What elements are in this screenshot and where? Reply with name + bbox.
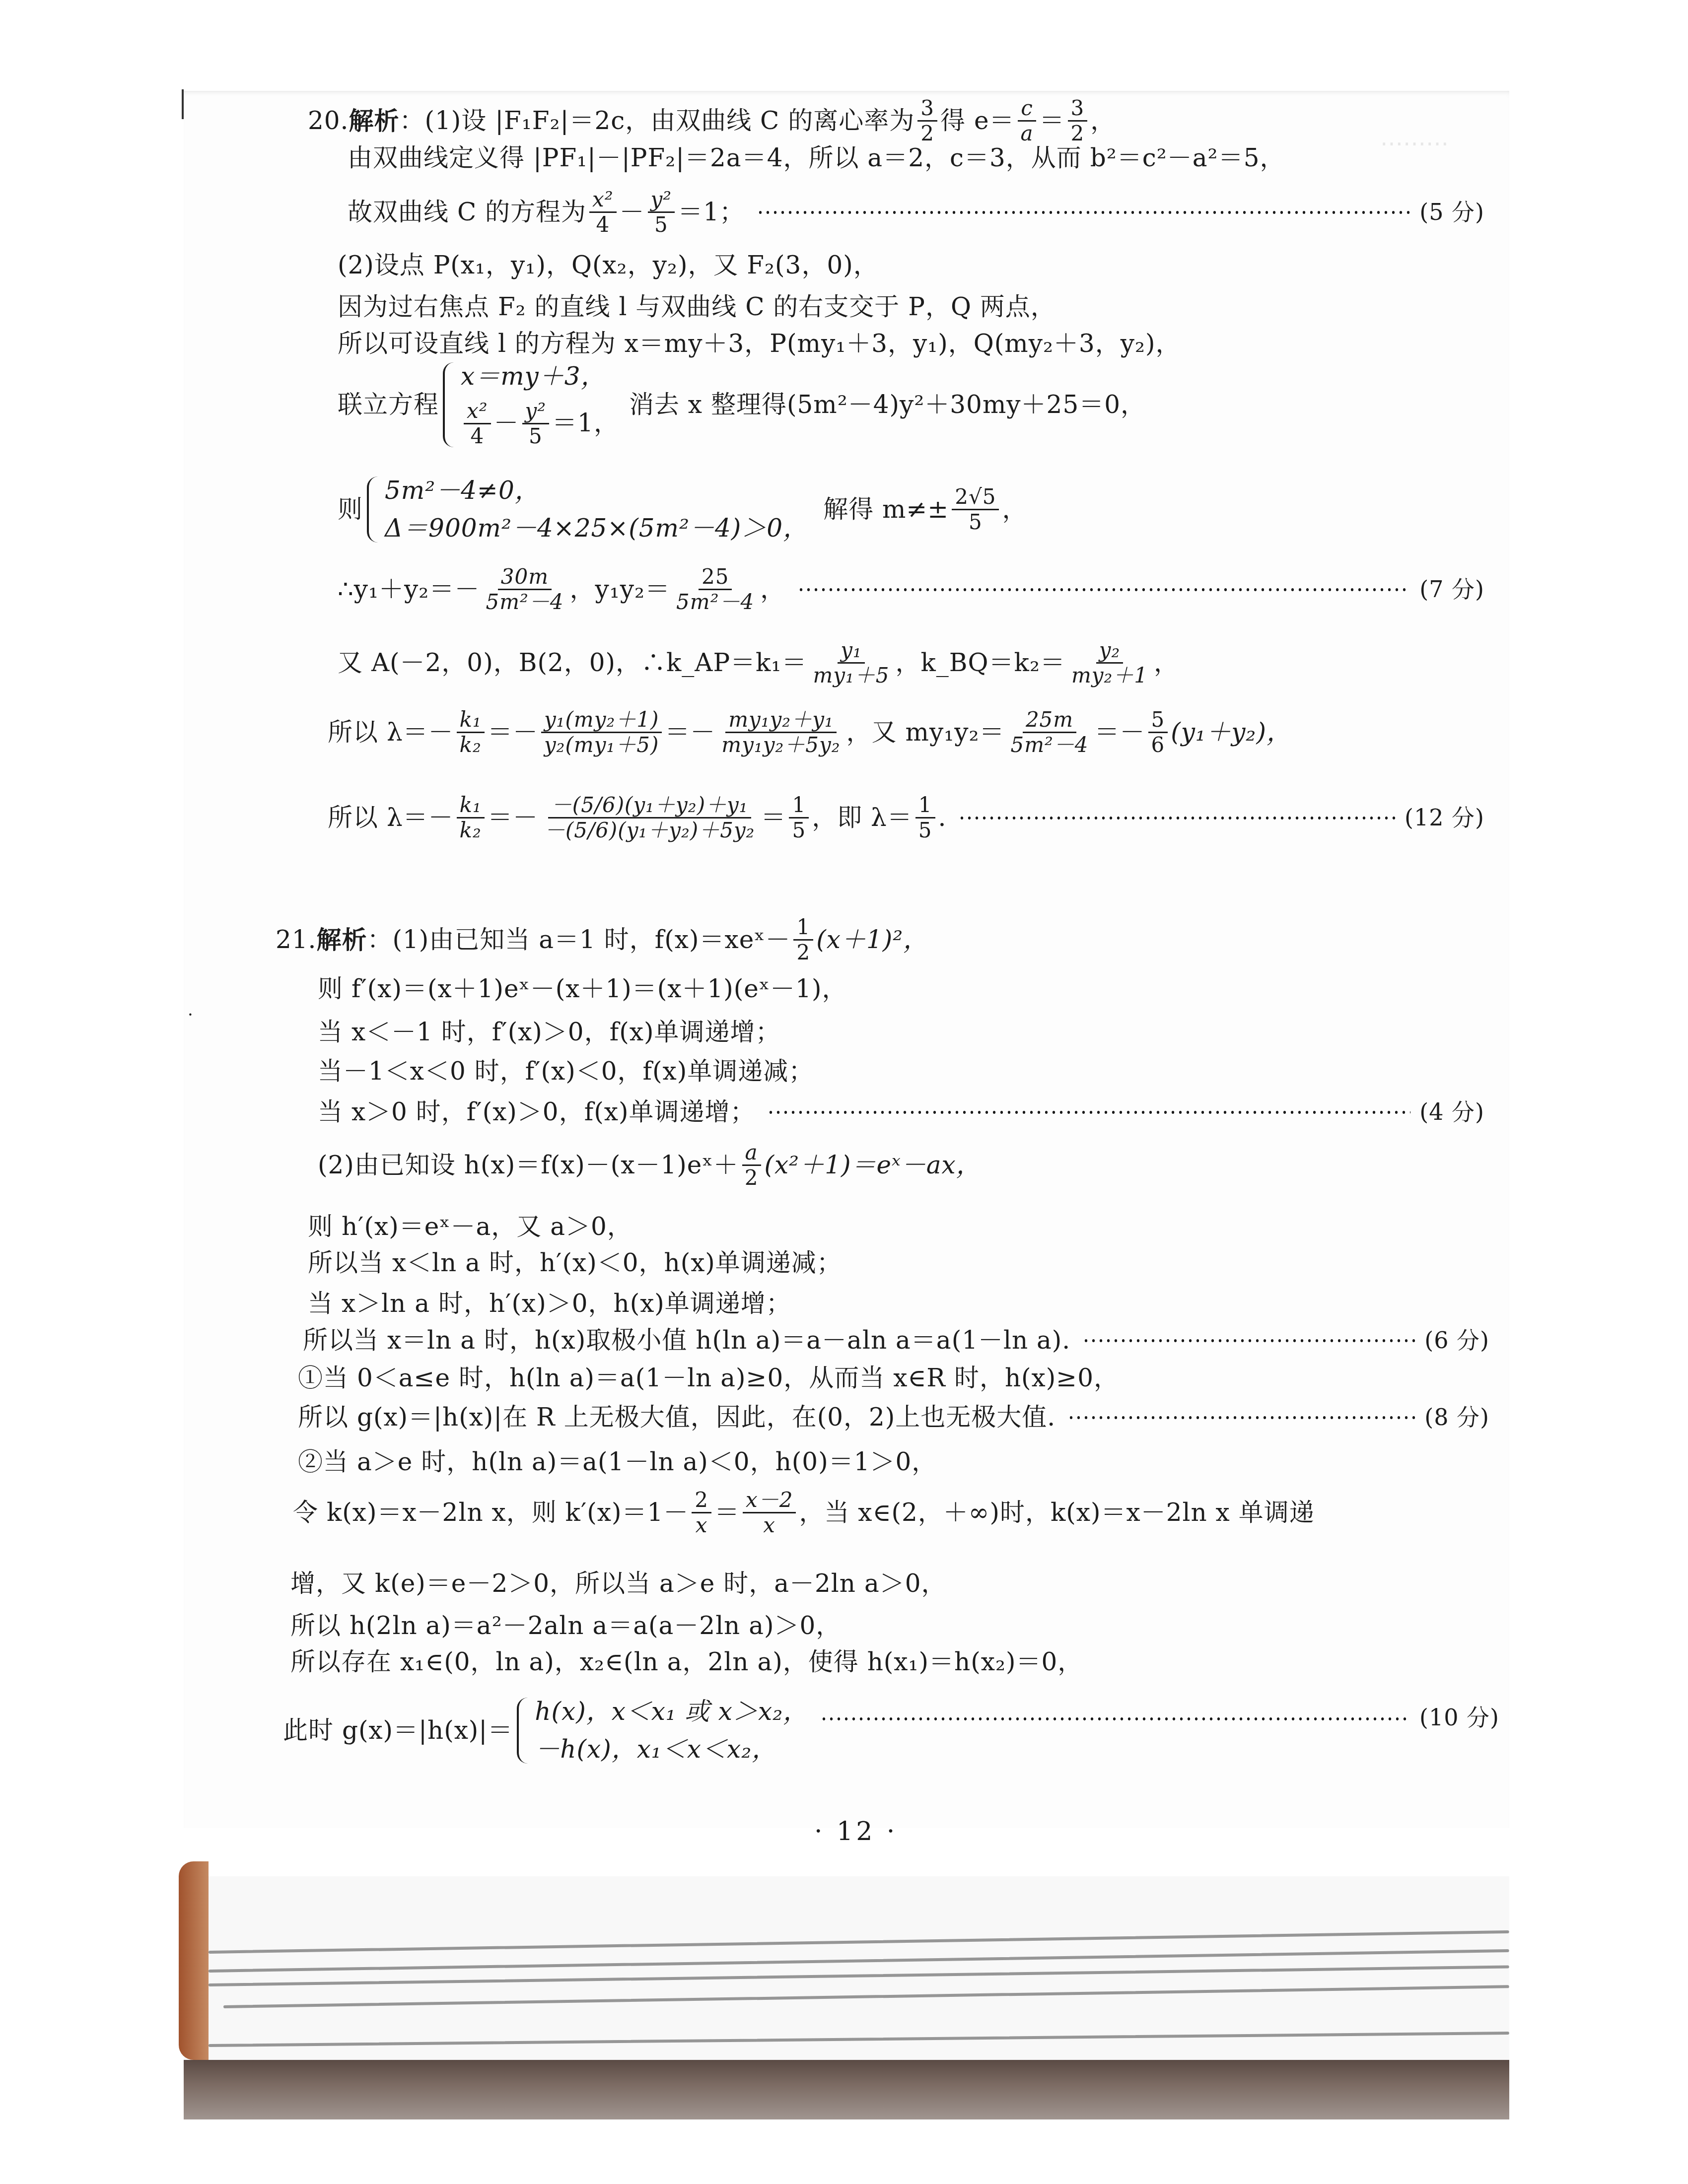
- page-number: · 12 ·: [814, 1817, 898, 1846]
- score-label: (8 分): [1424, 1404, 1489, 1431]
- equation-system: x＝my＋3， x²4 － y²5 ＝1，: [439, 362, 619, 447]
- fraction: 2√55: [952, 486, 999, 533]
- fraction: 32: [1068, 97, 1088, 144]
- p21-line-15: 增，又 k(e)＝e－2＞0，所以当 a＞e 时，a－2ln a＞0，: [290, 1570, 947, 1598]
- p21-line-17: 所以存在 x₁∈(0，ln a)，x₂∈(ln a，2ln a)，使得 h(x₁…: [290, 1648, 1083, 1677]
- thumb: [179, 1861, 209, 2060]
- p21-line-6: (2)由已知设 h(x)＝f(x)－(x－1)eˣ＋ a2 (x²＋1)＝eˣ－…: [318, 1142, 982, 1189]
- book-bottom-edge: [184, 2060, 1509, 2119]
- fraction: 255m²－4: [673, 566, 757, 613]
- p20-title: 解析: [349, 107, 400, 136]
- p21-number: 21.: [276, 926, 317, 955]
- fraction: x²4: [589, 189, 617, 236]
- fraction: y²5: [648, 189, 675, 236]
- p20-line-10: 又 A(－2，0)，B(2，0)，∴k_AP＝k₁＝ y₁my₁＋5 ，k_BQ…: [338, 639, 1179, 686]
- equation-system: 5m²－4≠0， Δ＝900m²－4×25×(5m²－4)＞0，: [363, 477, 808, 543]
- p20-line-4: (2)设点 P(x₁，y₁)，Q(x₂，y₂)，又 F₂(3，0)，: [338, 251, 879, 280]
- bleed-through-text: ………: [1380, 124, 1449, 151]
- p20-number: 20.: [308, 107, 349, 136]
- p21-line-12: 所以 g(x)＝|h(x)|在 R 上无极大值，因此，在(0，2)上也无极大值.…: [298, 1403, 1489, 1432]
- dot-leader: [767, 1110, 1410, 1115]
- score-label: (5 分): [1419, 199, 1484, 225]
- dot-leader: [1067, 1415, 1415, 1420]
- p21-line-10: 所以当 x＝ln a 时，h(x)取极小值 h(ln a)＝a－aln a＝a(…: [303, 1326, 1489, 1355]
- score-label: (12 分): [1405, 805, 1484, 831]
- p20-line-3: 故双曲线 C 的方程为 x²4 － y²5 ＝1； (5 分): [348, 189, 1484, 236]
- piecewise-system: h(x)，x＜x₁ 或 x＞x₂， －h(x)，x₁＜x＜x₂，: [513, 1698, 808, 1764]
- p21-line-2: 则 f′(x)＝(x＋1)eˣ－(x＋1)＝(x＋1)(eˣ－1)，: [318, 975, 847, 1004]
- score-label: (7 分): [1419, 576, 1484, 603]
- left-brace: [517, 1698, 530, 1764]
- fraction: y₂my₂＋1: [1068, 639, 1151, 686]
- dot-leader: [757, 210, 1410, 215]
- p21-line-3: 当 x＜－1 时，f′(x)＞0，f(x)单调递增；: [318, 1018, 780, 1047]
- score-label: (4 分): [1419, 1099, 1484, 1125]
- p21-line-9: 当 x＞ln a 时，h′(x)＞0，h(x)单调递增；: [308, 1290, 791, 1318]
- dot-leader: [958, 816, 1396, 820]
- p20-line-9: ∴y₁＋y₂＝－ 30m5m²－4 ，y₁y₂＝ 255m²－4 ， (7 分): [338, 566, 1484, 613]
- fraction: y₁my₁＋5: [810, 639, 892, 686]
- p21-line-11: ①当 0＜a≤e 时，h(ln a)＝a(1－ln a)≥0，从而当 x∈R 时…: [298, 1364, 1119, 1393]
- p20-line-12: 所以 λ＝－ k₁k₂ ＝－ －(5/6)(y₁＋y₂)＋y₁－(5/6)(y₁…: [328, 794, 1484, 841]
- p20-line-5: 因为过右焦点 F₂ 的直线 l 与双曲线 C 的右支交于 P，Q 两点，: [338, 293, 1056, 322]
- dot-leader: [820, 1716, 1410, 1721]
- p21-line-5: 当 x＞0 时，f′(x)＞0，f(x)单调递增； (4 分): [318, 1098, 1484, 1127]
- dot-leader: [1082, 1338, 1415, 1343]
- p21-line-16: 所以 h(2ln a)＝a²－2aln a＝a(a－2ln a)＞0，: [290, 1612, 841, 1640]
- p20-line-6: 所以可设直线 l 的方程为 x＝my＋3，P(my₁＋3，y₁)，Q(my₂＋3…: [338, 330, 1181, 358]
- margin-mark: ·: [188, 1005, 193, 1025]
- page-edge-mark: [182, 89, 184, 119]
- p21-line-13: ②当 a＞e 时，h(ln a)＝a(1－ln a)＜0，h(0)＝1＞0，: [298, 1448, 937, 1477]
- fraction: 32: [917, 97, 937, 144]
- p20-line-7-system: 联立方程 x＝my＋3， x²4 － y²5 ＝1， 消去 x 整理得(5m²－…: [338, 362, 1146, 447]
- fraction: 30m5m²－4: [483, 566, 566, 613]
- left-brace: [367, 477, 380, 543]
- p21-title: 解析: [317, 926, 367, 955]
- p20-line-1: 20. 解析 ：(1)设 |F₁F₂|＝2c，由双曲线 C 的离心率为 32 得…: [308, 97, 1116, 144]
- p20-line-8-system: 则 5m²－4≠0， Δ＝900m²－4×25×(5m²－4)＞0， 解得 m≠…: [338, 477, 1027, 543]
- p21-line-18-piecewise: 此时 g(x)＝|h(x)|＝ h(x)，x＜x₁ 或 x＞x₂， －h(x)，…: [283, 1698, 1499, 1764]
- p21-line-8: 所以当 x＜ln a 时，h′(x)＜0，h(x)单调递减；: [308, 1249, 842, 1278]
- p20-line-11: 所以 λ＝－ k₁k₂ ＝－ y₁(my₂＋1)y₂(my₁＋5) ＝－ my₁…: [328, 709, 1292, 756]
- left-brace: [443, 362, 456, 447]
- score-label: (6 分): [1424, 1327, 1489, 1354]
- p21-line-14: 令 k(x)＝x－2ln x，则 k′(x)＝1－ 2x ＝ x－2x ，当 x…: [293, 1489, 1315, 1536]
- dot-leader: [797, 587, 1410, 592]
- score-label: (10 分): [1419, 1705, 1499, 1731]
- fraction: ca: [1018, 97, 1037, 144]
- p21-line-1: 21. 解析 ：(1)由已知当 a＝1 时，f(x)＝xeˣ－ 12 (x＋1)…: [276, 916, 928, 963]
- p21-line-7: 则 h′(x)＝eˣ－a，又 a＞0，: [308, 1213, 633, 1241]
- p21-line-4: 当－1＜x＜0 时，f′(x)＜0，f(x)单调递减；: [318, 1057, 814, 1086]
- p20-line-2: 由双曲线定义得 |PF₁|－|PF₂|＝2a＝4，所以 a＝2，c＝3，从而 b…: [348, 144, 1285, 173]
